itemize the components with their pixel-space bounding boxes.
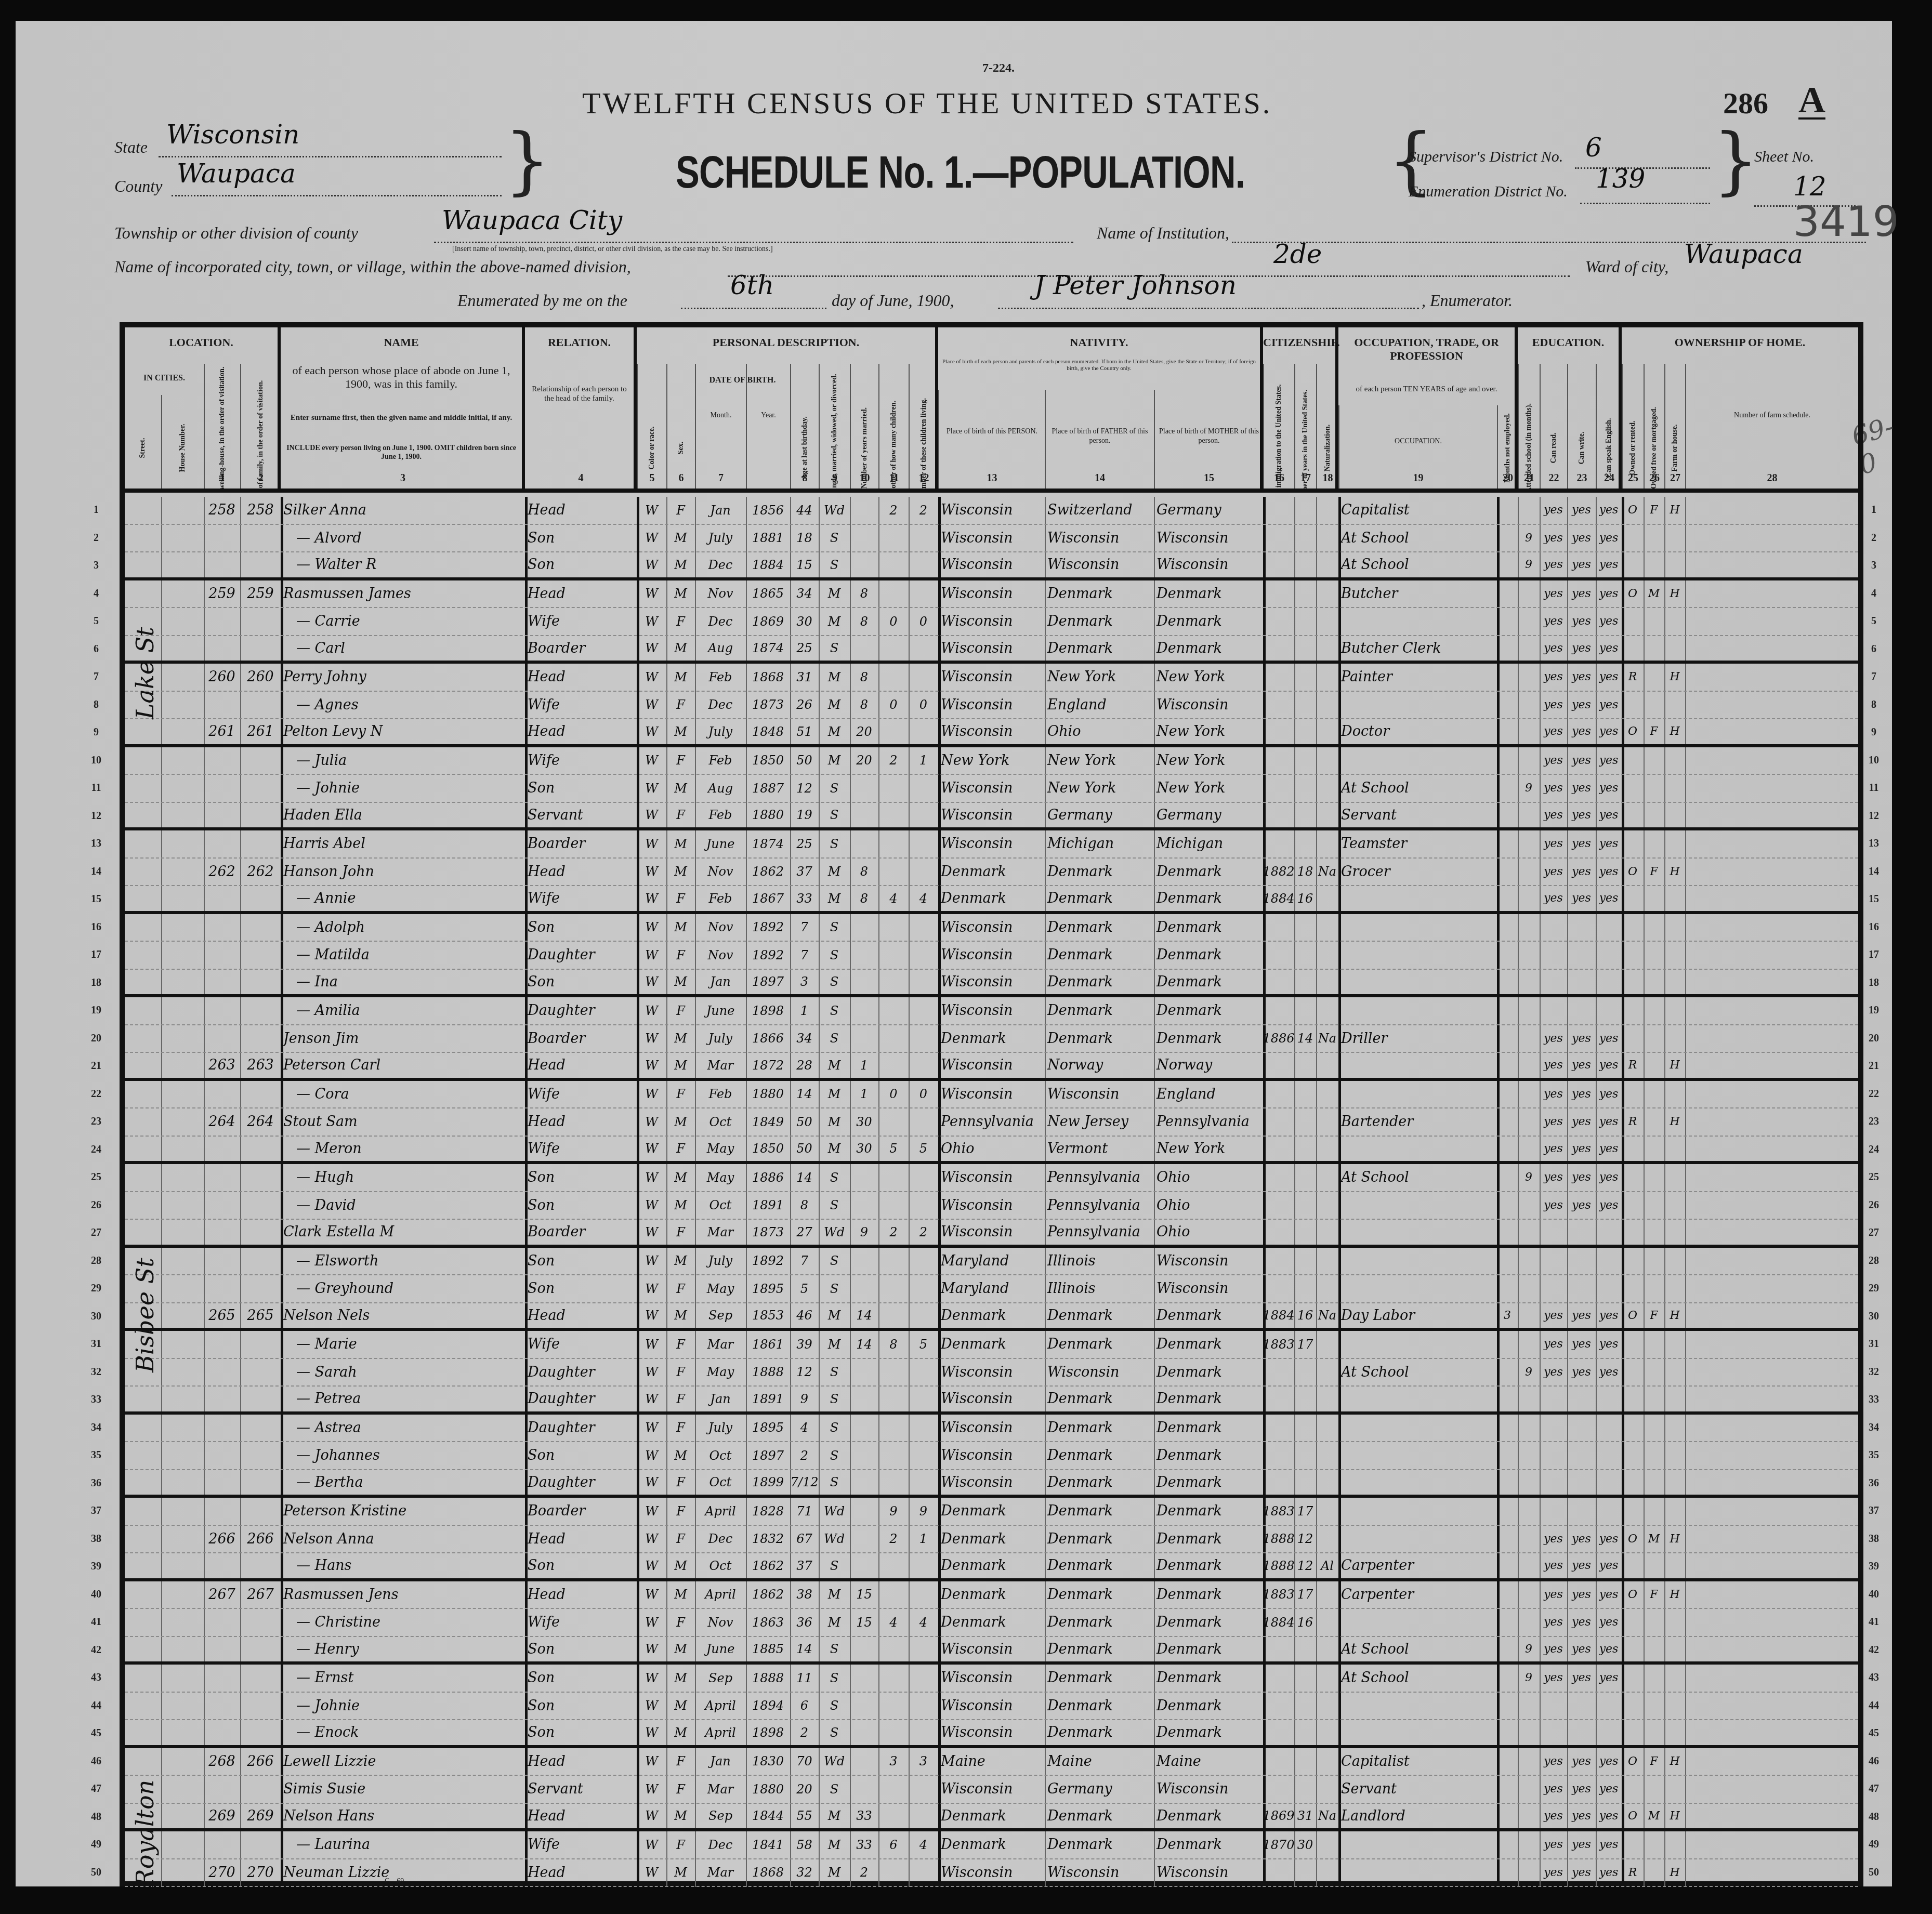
line-number: 5	[86, 615, 107, 627]
cell-living	[909, 580, 938, 608]
cell-english	[1596, 1415, 1622, 1442]
cell-yrs-married	[850, 803, 878, 828]
cell-natur	[1316, 719, 1338, 744]
cell-mother-birth: Denmark	[1154, 1526, 1263, 1553]
cell-relation: Servant	[525, 1776, 637, 1803]
cell-occupation: At School	[1338, 1665, 1497, 1692]
cell-sex: M	[666, 830, 695, 857]
cell-birth: Wisconsin	[938, 1693, 1045, 1720]
cell-natur	[1316, 1387, 1338, 1411]
cell-english: yes	[1596, 1581, 1622, 1608]
cell-owned	[1622, 914, 1644, 941]
cell-owned	[1622, 997, 1644, 1024]
cell-natur	[1316, 525, 1338, 552]
cell-living	[909, 1303, 938, 1328]
cell-dwelling: 260	[204, 664, 240, 691]
cell-living	[909, 1025, 938, 1052]
cell-schedule	[1685, 1637, 1858, 1662]
cell-occupation: At School	[1338, 525, 1497, 552]
cell-read: yes	[1540, 1192, 1567, 1219]
column-header: Place of birth of this PERSON.13	[938, 390, 1045, 489]
line-number: 21	[86, 1060, 107, 1072]
cell-birth: Pennsylvania	[938, 1108, 1045, 1136]
cell-write: yes	[1567, 1748, 1596, 1775]
cell-birth: Wisconsin	[938, 830, 1045, 857]
cell-yrs-us: 16	[1294, 1303, 1316, 1328]
cell-color: W	[637, 1526, 666, 1553]
cell-mother-of	[878, 859, 909, 886]
column-number: 21	[1519, 472, 1540, 484]
cell-mother-birth: Wisconsin	[1154, 552, 1263, 577]
cell-name: — Amilia	[281, 997, 525, 1024]
column-header: Number of years in the United States.17	[1294, 364, 1316, 489]
cell-school	[1518, 1553, 1540, 1578]
line-number: 34	[1863, 1422, 1884, 1434]
line-number: 17	[86, 949, 107, 961]
cell-dwelling	[204, 997, 240, 1024]
cell-schedule	[1685, 1081, 1858, 1108]
line-number: 43	[1863, 1672, 1884, 1684]
table-row: — Walter RSonWMDec188415SWisconsinWiscon…	[125, 552, 1858, 580]
cell-father-birth: Denmark	[1045, 1831, 1154, 1858]
cell-marital: S	[819, 1665, 850, 1692]
cell-age: 71	[790, 1498, 819, 1525]
table-row: 261261Pelton Levy NHeadWMJuly184851M20Wi…	[125, 719, 1858, 747]
cell-yrs-married: 14	[850, 1303, 878, 1328]
cell-english: yes	[1596, 1081, 1622, 1108]
cell-dwelling	[204, 1025, 240, 1052]
group-title: NAME	[281, 336, 522, 349]
cell-schedule	[1685, 525, 1858, 552]
cell-birth: Wisconsin	[938, 692, 1045, 719]
cell-schedule	[1685, 1498, 1858, 1525]
cell-father-birth: Denmark	[1045, 1498, 1154, 1525]
cell-free	[1644, 970, 1664, 995]
cell-occupation	[1338, 1609, 1497, 1636]
cell-mother-of	[878, 1303, 909, 1328]
cell-read: yes	[1540, 775, 1567, 802]
cell-name: Perry Johny	[281, 664, 525, 691]
cell-school	[1518, 1081, 1540, 1108]
cell-mother-birth: Denmark	[1154, 1359, 1263, 1386]
line-number: 7	[1863, 671, 1884, 683]
cell-immig	[1263, 1248, 1294, 1275]
cell-birth: Denmark	[938, 1025, 1045, 1052]
cell-immig: 1870	[1263, 1831, 1294, 1858]
line-number: 36	[86, 1477, 107, 1489]
cell-marital: Wd	[819, 1526, 850, 1553]
cell-living	[909, 525, 938, 552]
table-row: — ErnstSonWMSep188811SWisconsinDenmarkDe…	[125, 1665, 1858, 1693]
group-description-3: INCLUDE every person living on June 1, 1…	[284, 444, 519, 462]
cell-relation: Head	[525, 1303, 637, 1328]
cell-read: yes	[1540, 1581, 1567, 1608]
cell-owned: O	[1622, 1303, 1644, 1328]
cell-english	[1596, 1442, 1622, 1469]
cell-read: yes	[1540, 859, 1567, 886]
cell-immig	[1263, 580, 1294, 608]
cell-read: yes	[1540, 1804, 1567, 1829]
cell-year: 1865	[746, 580, 790, 608]
cell-yrs-us: 14	[1294, 1025, 1316, 1052]
cell-immig	[1263, 552, 1294, 577]
page-letter: A	[1798, 82, 1825, 120]
footer-code: C—69	[385, 1878, 404, 1886]
cell-schedule	[1685, 1693, 1858, 1720]
cell-occupation: Butcher Clerk	[1338, 636, 1497, 661]
cell-dwelling: 258	[204, 497, 240, 524]
cell-read: yes	[1540, 1776, 1567, 1803]
cell-owned	[1622, 692, 1644, 719]
cell-month: June	[695, 997, 746, 1024]
cell-father-birth: Ohio	[1045, 719, 1154, 744]
cell-marital: S	[819, 803, 850, 828]
cell-months-unemp	[1497, 1137, 1518, 1161]
table-row: — JohnieSonWMApril18946SWisconsinDenmark…	[125, 1693, 1858, 1721]
cell-occupation: Painter	[1338, 664, 1497, 691]
cell-living	[909, 830, 938, 857]
line-number: 4	[1863, 588, 1884, 600]
cell-yrs-married	[850, 997, 878, 1024]
cell-age: 50	[790, 747, 819, 774]
cell-sex: F	[666, 608, 695, 635]
column-number: 8	[791, 472, 819, 484]
cell-occupation	[1338, 1081, 1497, 1108]
cell-mother-birth: New York	[1154, 775, 1263, 802]
cell-age: 7	[790, 1248, 819, 1275]
cell-age: 14	[790, 1164, 819, 1191]
cell-dwelling	[204, 1275, 240, 1302]
cell-natur	[1316, 775, 1338, 802]
group-description: Relationship of each person to the head …	[528, 385, 630, 403]
cell-month: Jan	[695, 1387, 746, 1411]
cell-read	[1540, 1220, 1567, 1245]
cell-months-unemp	[1497, 997, 1518, 1024]
cell-year: 1830	[746, 1748, 790, 1775]
cell-owned	[1622, 1442, 1644, 1469]
cell-read: yes	[1540, 1164, 1567, 1191]
cell-age: 44	[790, 497, 819, 524]
line-number: 9	[1863, 727, 1884, 738]
cell-father-birth: Denmark	[1045, 580, 1154, 608]
cell-mother-birth: New York	[1154, 1137, 1263, 1161]
cell-dwelling	[204, 747, 240, 774]
cell-month: July	[695, 525, 746, 552]
cell-farm: H	[1664, 580, 1685, 608]
cell-english	[1596, 1693, 1622, 1720]
cell-family	[240, 636, 281, 661]
cell-english: yes	[1596, 1331, 1622, 1358]
cell-immig	[1263, 1776, 1294, 1803]
cell-natur	[1316, 1081, 1338, 1108]
cell-relation: Son	[525, 1720, 637, 1745]
cell-color: W	[637, 1275, 666, 1302]
cell-age: 5	[790, 1275, 819, 1302]
cell-mother-of	[878, 1248, 909, 1275]
line-number: 37	[1863, 1505, 1884, 1517]
cell-farm	[1664, 1164, 1685, 1191]
cell-free: M	[1644, 1526, 1664, 1553]
cell-months-unemp	[1497, 942, 1518, 969]
cell-year: 1891	[746, 1387, 790, 1411]
cell-natur	[1316, 1526, 1338, 1553]
cell-months-unemp	[1497, 1831, 1518, 1858]
cell-marital: S	[819, 1720, 850, 1745]
cell-read	[1540, 1387, 1567, 1411]
cell-months-unemp	[1497, 580, 1518, 608]
cell-write	[1567, 997, 1596, 1024]
cell-yrs-married: 8	[850, 859, 878, 886]
cell-marital: S	[819, 1553, 850, 1578]
cell-yrs-married	[850, 1248, 878, 1275]
cell-farm	[1664, 525, 1685, 552]
cell-color: W	[637, 997, 666, 1024]
cell-month: Dec	[695, 692, 746, 719]
cell-living	[909, 1693, 938, 1720]
cell-english: yes	[1596, 1776, 1622, 1803]
cell-free	[1644, 1387, 1664, 1411]
cell-family	[240, 1831, 281, 1858]
table-row: — HenrySonWMJune188514SWisconsinDenmarkD…	[125, 1637, 1858, 1665]
cell-color: W	[637, 1859, 666, 1886]
line-number: 1	[1863, 504, 1884, 516]
cell-occupation	[1338, 1693, 1497, 1720]
cell-sex: M	[666, 1720, 695, 1745]
cell-year: 1862	[746, 1553, 790, 1578]
enumerated-label: Enumerated by me on the	[457, 291, 627, 310]
cell-yrs-married	[850, 636, 878, 661]
cell-birth: Wisconsin	[938, 1220, 1045, 1245]
cell-color: W	[637, 1665, 666, 1692]
day-line	[681, 308, 826, 309]
cell-farm	[1664, 692, 1685, 719]
cell-living	[909, 1248, 938, 1275]
cell-owned	[1622, 1137, 1644, 1161]
cell-month: Aug	[695, 636, 746, 661]
cell-schedule	[1685, 497, 1858, 524]
cell-months-unemp	[1497, 1442, 1518, 1469]
cell-dwelling	[204, 1220, 240, 1245]
cell-schedule	[1685, 580, 1858, 608]
cell-year: 1841	[746, 1831, 790, 1858]
cell-relation: Son	[525, 1665, 637, 1692]
cell-free	[1644, 1220, 1664, 1245]
table-row: 265265Nelson NelsHeadWMSep185346M14Denma…	[125, 1303, 1858, 1331]
cell-english	[1596, 1498, 1622, 1525]
cell-marital: S	[819, 1470, 850, 1495]
line-number: 23	[1863, 1116, 1884, 1128]
cell-farm	[1664, 1720, 1685, 1745]
table-row: — HughSonWMMay188614SWisconsinPennsylvan…	[125, 1164, 1858, 1192]
cell-schedule	[1685, 775, 1858, 802]
cell-family	[240, 1498, 281, 1525]
cell-mother-of	[878, 1025, 909, 1052]
cell-write: yes	[1567, 552, 1596, 577]
cell-name: — Marie	[281, 1331, 525, 1358]
cell-sex: M	[666, 1665, 695, 1692]
cell-english: yes	[1596, 719, 1622, 744]
cell-mother-birth: Pennsylvania	[1154, 1108, 1263, 1136]
cell-immig	[1263, 803, 1294, 828]
table-row: — ElsworthSonWMJuly18927SMarylandIllinoi…	[125, 1248, 1858, 1276]
cell-relation: Boarder	[525, 830, 637, 857]
cell-immig	[1263, 1192, 1294, 1219]
cell-months-unemp	[1497, 1470, 1518, 1495]
cell-relation: Daughter	[525, 1415, 637, 1442]
cell-school	[1518, 1859, 1540, 1886]
cell-birth: Wisconsin	[938, 719, 1045, 744]
cell-color: W	[637, 1720, 666, 1745]
cell-yrs-us	[1294, 1637, 1316, 1662]
cell-owned	[1622, 636, 1644, 661]
cell-dwelling	[204, 1137, 240, 1161]
cell-mother-of	[878, 1720, 909, 1745]
cell-father-birth: Denmark	[1045, 1665, 1154, 1692]
table-row: — JuliaWifeWFFeb185050M2021New YorkNew Y…	[125, 747, 1858, 775]
cell-family: 266	[240, 1748, 281, 1775]
line-number: 19	[1863, 1005, 1884, 1017]
cell-year: 1894	[746, 1693, 790, 1720]
cell-farm	[1664, 1693, 1685, 1720]
cell-months-unemp	[1497, 1275, 1518, 1302]
enumerator-name: J Peter Johnson	[1034, 270, 1237, 300]
cell-mother-of	[878, 664, 909, 691]
cell-father-birth: Denmark	[1045, 1581, 1154, 1608]
cell-free	[1644, 1720, 1664, 1745]
cell-color: W	[637, 1442, 666, 1469]
cell-dwelling: 264	[204, 1108, 240, 1136]
cell-free: F	[1644, 719, 1664, 744]
column-label: Can read.	[1550, 433, 1558, 464]
cell-color: W	[637, 1553, 666, 1578]
township-line	[434, 242, 1073, 243]
cell-schedule	[1685, 719, 1858, 744]
cell-yrs-us	[1294, 1220, 1316, 1245]
cell-farm: H	[1664, 1581, 1685, 1608]
cell-father-birth: Denmark	[1045, 970, 1154, 995]
cell-write: yes	[1567, 1331, 1596, 1358]
cell-color: W	[637, 1192, 666, 1219]
cell-schedule	[1685, 1470, 1858, 1495]
cell-color: W	[637, 608, 666, 635]
cell-age: 3	[790, 970, 819, 995]
cell-immig	[1263, 1387, 1294, 1411]
cell-schedule	[1685, 1331, 1858, 1358]
cell-free	[1644, 1275, 1664, 1302]
line-number: 29	[86, 1283, 107, 1295]
cell-marital: S	[819, 775, 850, 802]
cell-natur	[1316, 1415, 1338, 1442]
table-row: Haden EllaServantWFFeb188019SWisconsinGe…	[125, 803, 1858, 831]
cell-read	[1540, 1442, 1567, 1469]
cell-family	[240, 1442, 281, 1469]
enumeration-line	[1580, 203, 1710, 204]
cell-yrs-us	[1294, 719, 1316, 744]
cell-yrs-married	[850, 1526, 878, 1553]
cell-yrs-married	[850, 1776, 878, 1803]
cell-yrs-us	[1294, 497, 1316, 524]
cell-dwelling	[204, 1442, 240, 1469]
cell-english: yes	[1596, 1637, 1622, 1662]
cell-occupation: Servant	[1338, 803, 1497, 828]
cell-dwelling	[204, 830, 240, 857]
cell-natur	[1316, 1164, 1338, 1191]
cell-relation: Head	[525, 1804, 637, 1829]
cell-school	[1518, 1776, 1540, 1803]
cell-color: W	[637, 1108, 666, 1136]
cell-age: 51	[790, 719, 819, 744]
cell-year: 1898	[746, 997, 790, 1024]
cell-write: yes	[1567, 1804, 1596, 1829]
township-label: Township or other division of county	[114, 223, 358, 243]
cell-birth: Denmark	[938, 886, 1045, 911]
cell-english: yes	[1596, 859, 1622, 886]
cell-months-unemp	[1497, 664, 1518, 691]
cell-name: Nelson Hans	[281, 1804, 525, 1829]
cell-sex: M	[666, 1581, 695, 1608]
column-number: 24	[1597, 472, 1622, 484]
cell-name: — Sarah	[281, 1359, 525, 1386]
cell-mother-of: 0	[878, 692, 909, 719]
cell-schedule	[1685, 942, 1858, 969]
cell-name: — Hugh	[281, 1164, 525, 1191]
cell-yrs-us	[1294, 1387, 1316, 1411]
cell-read	[1540, 1720, 1567, 1745]
cell-immig	[1263, 914, 1294, 941]
cell-father-birth: New York	[1045, 775, 1154, 802]
cell-yrs-us	[1294, 942, 1316, 969]
cell-name: — Astrea	[281, 1415, 525, 1442]
header-group-2: RELATION.Relationship of each person to …	[525, 327, 637, 493]
cell-living: 2	[909, 1220, 938, 1245]
cell-father-birth: Vermont	[1045, 1137, 1154, 1161]
cell-owned	[1622, 1164, 1644, 1191]
cell-month: July	[695, 1415, 746, 1442]
cell-school	[1518, 1331, 1540, 1358]
cell-schedule	[1685, 1526, 1858, 1553]
cell-english: yes	[1596, 1359, 1622, 1386]
cell-natur	[1316, 497, 1338, 524]
cell-color: W	[637, 1137, 666, 1161]
cell-marital: M	[819, 1081, 850, 1108]
line-number: 1	[86, 504, 107, 516]
cell-mother-birth: Wisconsin	[1154, 692, 1263, 719]
cell-relation: Head	[525, 1526, 637, 1553]
cell-farm	[1664, 775, 1685, 802]
cell-living: 3	[909, 1748, 938, 1775]
line-number: 15	[1863, 893, 1884, 905]
cell-dwelling	[204, 1553, 240, 1578]
table-row: — LaurinaWifeWFDec184158M3364DenmarkDenm…	[125, 1831, 1858, 1859]
cell-year: 1849	[746, 1108, 790, 1136]
cell-mother-of: 0	[878, 1081, 909, 1108]
line-number: 3	[1863, 560, 1884, 572]
cell-sex: F	[666, 1831, 695, 1858]
cell-year: 1884	[746, 552, 790, 577]
cell-year: 1885	[746, 1637, 790, 1662]
table-row: — AdolphSonWMNov18927SWisconsinDenmarkDe…	[125, 914, 1858, 942]
cell-yrs-married	[850, 497, 878, 524]
cell-father-birth: Norway	[1045, 1053, 1154, 1078]
cell-sex: F	[666, 1275, 695, 1302]
cell-birth: Wisconsin	[938, 1665, 1045, 1692]
column-label: Can write.	[1578, 432, 1586, 465]
cell-age: 14	[790, 1081, 819, 1108]
cell-mother-birth: Germany	[1154, 497, 1263, 524]
cell-mother-of	[878, 1275, 909, 1302]
cell-color: W	[637, 1776, 666, 1803]
line-number: 41	[86, 1616, 107, 1628]
